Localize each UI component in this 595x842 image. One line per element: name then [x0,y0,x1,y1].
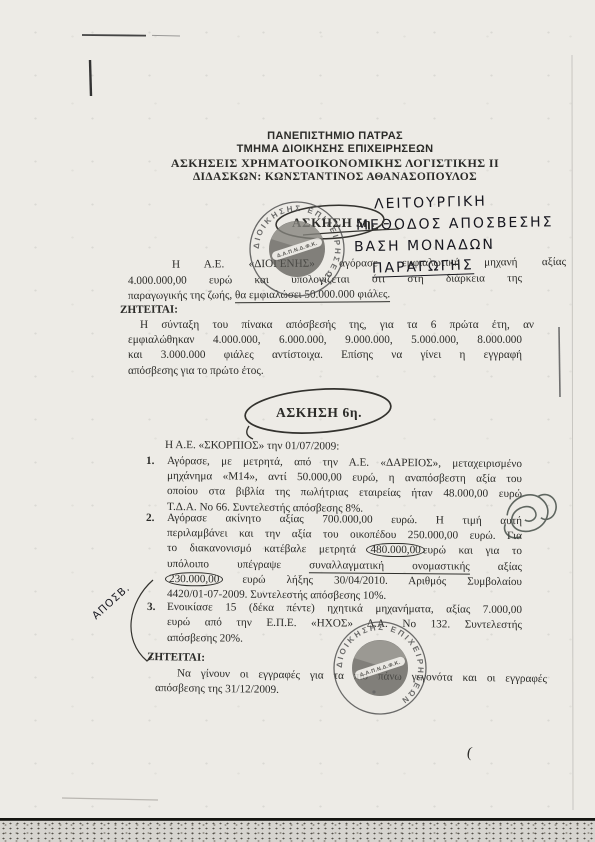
circled-amount: 230.000,00 [165,572,223,587]
handwritten-note-line: ΛΕΙΤΟΥΡΓΙΚΗ [374,194,487,213]
circled-amount: 480.000,00 [366,543,424,558]
margin-brace [131,580,153,661]
scan-noise-band [0,821,595,842]
course-title: ΑΣΚΗΣΕΙΣ ΧΡΗΜΑΤΟΟΙΚΟΝΟΜΙΚΗΣ ΛΟΓΙΣΤΙΚΗΣ Ι… [70,156,595,171]
scan-artifact-line [82,35,146,36]
exercise6-title: ΑΣΚΗΣΗ 6η. [276,405,362,421]
ink-and-stamps-overlay: ΔΙΟΙΚΗΣΗΣ ΕΠΙΧΕΙΡΗΣΕΩΝ Δ.Α.Π.Ν.Δ.Φ.Κ. ΔΙ… [0,0,595,842]
text-line: απόσβεσης για το πρώτο έτος. [128,364,264,379]
zitetai-heading: ΖΗΤΕΙΤΑΙ: [147,650,205,666]
text-line: παραγωγικής της ζωής, θα εμφιαλώσει 50.0… [128,286,522,304]
margin-note-aposv: ΑΠΟΣΒ. [90,582,133,622]
list-number: 2. [146,511,155,526]
list-number: 1. [146,454,155,469]
text-line: και 3.000.000 φιάλες αντίστοιχα. Επίσης … [128,348,522,363]
stamp-ring-text: ΔΙΟΙΚΗΣΗΣ ΕΠΙΧΕΙΡΗΣΕΩΝ [335,623,425,706]
stamp-inner-disc [352,640,408,696]
text-segment: αξίας [470,561,522,573]
scan-artifact-bar [90,60,91,96]
stamp-bottom: ΔΙΟΙΚΗΣΗΣ ΕΠΙΧΕΙΡΗΣΕΩΝ Δ.Α.Π.Ν.Δ.Φ.Κ. [334,622,426,714]
scanned-document-page: ΠΑΝΕΠΙΣΤΗΜΙΟ ΠΑΤΡΑΣ ΤΜΗΜΑ ΔΙΟΙΚΗΣΗΣ ΕΠΙΧ… [0,0,595,842]
text-line: εμφιαλώθηκαν 4.000.000, 6.000.000, 9.000… [128,333,522,348]
text-line: οποίου στα βιβλία της πωλήτριας εταιρεία… [167,484,522,502]
text-line: ευρώ από την Ε.Π.Ε. «ΗΧΟΣ» Δ.Α. Νο 132. … [167,615,522,633]
underlined-phrase: θα εμφιαλώσει 50.000.000 φιάλες. [235,288,390,303]
exercise5-title: ΑΣΚΗΣΗ 5η. [292,215,375,231]
handwritten-note-line: ΜΕΘΟΔΟΣ ΑΠΟΣΒΕΣΗΣ [356,214,554,233]
university-name: ΠΑΝΕΠΙΣΤΗΜΙΟ ΠΑΤΡΑΣ [70,130,595,142]
text-segment: ευρώ και για το [423,544,522,557]
text-line: Η σύνταξη του πίνακα απόσβεσής της, για … [128,318,534,333]
scan-artifact-line [62,798,158,800]
department-name: ΤΜΗΜΑ ΔΙΟΙΚΗΣΗΣ ΕΠΙΧΕΙΡΗΣΕΩΝ [70,143,595,155]
scan-artifact-bar [559,327,560,397]
underlined-phrase: συναλλαγματική ονομαστικής [309,559,470,574]
exercise6-intro: Η Α.Ε. «ΣΚΟΡΠΙΟΣ» την 01/07/2009: [165,438,339,455]
text-line: απόσβεσης 20%. [167,631,243,647]
margin-paren-mark: ( [466,745,473,763]
text-line: απόσβεσης της 31/12/2009. [155,681,279,698]
text-line: το διακανονισμό κατέβαλε μετρητά 480.000… [167,541,522,559]
list-number: 3. [147,600,156,615]
instructor-line: ΔΙΔΑΣΚΩΝ: ΚΩΝΣΤΑΝΤΙΝΟΣ ΑΘΑΝΑΣΟΠΟΥΛΟΣ [70,171,595,183]
text-segment: ευρώ λήξης 30/04/2010. Αριθμός Συμβολαίο… [221,573,522,588]
exercise6-circle-tail [247,426,253,439]
text-line: Η Α.Ε. «ΔΙΟΓΕΝΗΣ» αγόρασε εμφιαλωτική μη… [128,255,566,273]
stamp-dot [372,690,375,693]
zitetai-heading: ΖΗΤΕΙΤΑΙ: [120,303,178,318]
stamp-disc-highlight [354,640,406,666]
text-segment: παραγωγικής της ζωής, [128,289,235,302]
text-segment: υπόλοιπο υπέγραψε [167,558,309,571]
text-segment: το διακανονισμό κατέβαλε μετρητά [167,542,369,556]
svg-text:ΔΙΟΙΚΗΣΗΣ ΕΠΙΧΕΙΡΗΣΕΩΝ: ΔΙΟΙΚΗΣΗΣ ΕΠΙΧΕΙΡΗΣΕΩΝ [335,623,425,706]
handwritten-note-line: ΒΑΣΗ ΜΟΝΑΔΩΝ [354,237,495,255]
stamp-outer-ring [334,622,426,714]
scan-artifact-line [152,35,180,36]
